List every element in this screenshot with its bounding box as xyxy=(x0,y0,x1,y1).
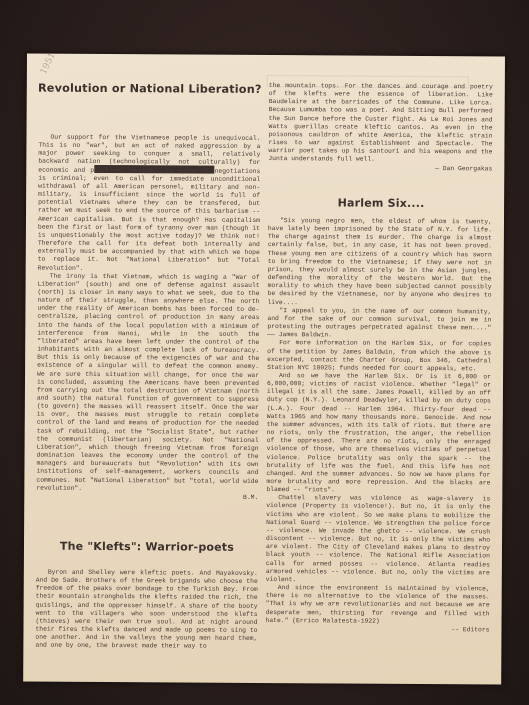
paragraph: the mountain tops. For the dances and co… xyxy=(268,82,492,165)
signature-bm: B.M. xyxy=(36,492,258,502)
headline-harlem-six: Harlem Six.... xyxy=(266,196,496,210)
pencil-annotation: 1951 xyxy=(39,51,58,76)
paragraph: And so we have the Harlem Six. Or is it … xyxy=(266,372,491,496)
article-harlem-body: "Six young negro men, the eldest of whom… xyxy=(265,217,492,634)
article-klefts-body-left: Byron and Shelley were kleftic poets. An… xyxy=(35,569,257,652)
paragraph: "Six young negro men, the eldest of whom… xyxy=(267,217,492,308)
paragraph: For more information on the Harlem Six, … xyxy=(267,339,491,373)
newsletter-page: 1951 Revolution or National Liberation? … xyxy=(23,54,505,685)
article-klefts-body-right: the mountain tops. For the dances and co… xyxy=(268,82,493,173)
headline-revolution: Revolution or National Liberation? xyxy=(37,82,263,96)
paragraph: The irony is that Vietnam, which is wagi… xyxy=(36,272,259,494)
paragraph: Chattel slavery was violence as wage-sla… xyxy=(266,494,491,585)
signature-editors: -- Editors xyxy=(265,625,489,635)
paragraph: "I appeal to you, in the name of our com… xyxy=(267,307,491,341)
paragraph: Byron and Shelley were kleftic poets. An… xyxy=(35,569,257,652)
article-revolution-body: Our support for the Vietnamese people is… xyxy=(36,134,260,502)
paragraph: Our support for the Vietnamese people is… xyxy=(38,134,261,274)
headline-klefts: The "Klefts": Warrior-poets xyxy=(34,540,260,554)
paragraph: And since the environment is maintained … xyxy=(266,584,490,626)
signature-georgakas: — Dan Georgakas xyxy=(268,164,492,174)
